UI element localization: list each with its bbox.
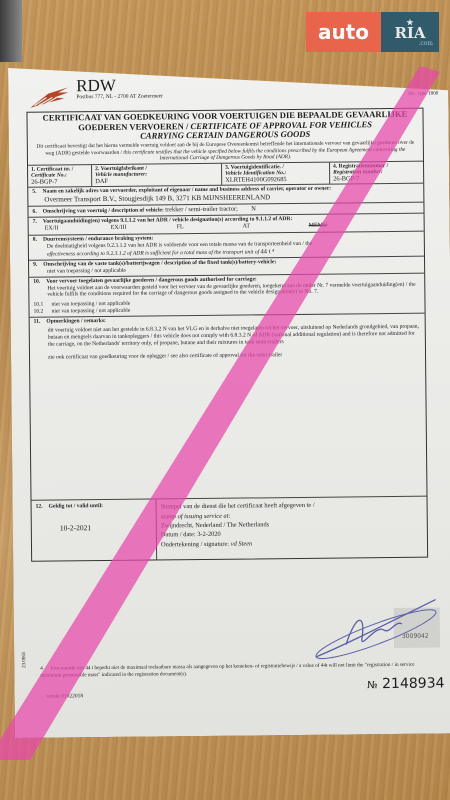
vin-value: XLRTEH4100G092685: [225, 176, 286, 184]
designation-item-struck: MEMU: [309, 222, 375, 230]
remarks-note: zie ook certificaat van goedkeuring voor…: [34, 351, 421, 362]
validity-and-stamp: 12.Geldig tot / valid until: 10-2-2021 S…: [32, 496, 428, 561]
goods-10-2-value: niet van toepassing / not applicable: [52, 308, 131, 315]
signature-icon: 3009042: [306, 593, 447, 664]
registration-value: 26-BGP-7: [333, 175, 359, 182]
side-code: 23.0065: [22, 652, 27, 668]
serial-number: № 2148934: [367, 675, 444, 692]
certificate-form: CERTIFICAAT VAN GOEDKEURING VOOR VOERTUI…: [26, 108, 428, 563]
form-version: versie 01022018: [47, 693, 84, 699]
manufacturer-value: DAF: [95, 178, 108, 185]
signatory: vd Steen: [231, 540, 253, 547]
braking-mass-value: 44 t ⁴: [261, 248, 275, 255]
title-line3-en: CARRYING CERTAIN DANGEROUS GOODS: [140, 129, 310, 141]
field-registration: 4. Registratienummer / Registration numb…: [330, 162, 423, 184]
watermark-ria-text: RIA: [394, 26, 425, 41]
watermark-domain: .com: [418, 41, 433, 47]
footnote: 4Een waarde van 44 t beperkt niet de max…: [40, 662, 420, 679]
field-remarks: 11.Opmerkingen / remarks: dit voertuig v…: [30, 313, 427, 500]
fields-1-4: 1. Certificaat nr. / Certificate No.: 26…: [28, 161, 423, 187]
svg-text:3009042: 3009042: [402, 633, 429, 640]
owner-value: Overmeer Transport B.V., Stougjesdijk 14…: [32, 193, 270, 203]
autoria-watermark: auto ★ RIA .com: [306, 12, 439, 52]
doc-type: doc. type T000: [408, 91, 438, 96]
field-certificate-no: 1. Certificaat nr. / Certificate No.: 26…: [28, 165, 92, 187]
designation-item: AT: [243, 223, 309, 231]
issuing-stamp: Stempel van de dienst die het certificaa…: [157, 497, 428, 560]
certificate-no-value: 26-BGP-7: [31, 179, 57, 186]
org-address: Postbus 777, NL - 2700 AT Zoetermeer: [76, 93, 163, 100]
intro-en: this certificate testifies that the vehi…: [123, 146, 405, 161]
remarks-text: dit voertuig voldoet niet aan het gestel…: [34, 324, 421, 349]
watermark-auto: auto: [306, 12, 381, 52]
rdw-logo-icon: [28, 83, 72, 109]
background-object: [0, 0, 22, 62]
designation-item: EX/II: [45, 225, 111, 233]
designation-item: EX/III: [111, 224, 177, 232]
org-name: RDW: [76, 76, 163, 94]
designation-item: FL: [177, 224, 243, 232]
watermark-ria: ★ RIA .com: [381, 12, 439, 52]
certificate-title: CERTIFICAAT VAN GOEDKEURING VOOR VOERTUI…: [27, 109, 422, 144]
document-header: RDW Postbus 777, NL - 2700 AT Zoetermeer: [28, 76, 163, 109]
footnote-text: Een waarde van 44 t beperkt niet de maxi…: [40, 662, 414, 679]
field-vin: 3. Voertuigidentificatie. / Vehicle Iden…: [222, 163, 330, 185]
field-valid-until: 12.Geldig tot / valid until: 10-2-2021: [32, 500, 158, 561]
field-manufacturer: 2. Voertuigfabrikant / Vehicle manufactu…: [92, 164, 222, 186]
issue-date: 3-2-2020: [197, 531, 221, 538]
serial-number-value: 2148934: [382, 675, 445, 692]
field-dangerous-goods: 10.Voor vervoer toegelaten gevaarlijke g…: [29, 272, 424, 317]
valid-until-value: 10-2-2021: [60, 523, 152, 533]
goods-10-1-value: niet van toepassing / not applicable: [51, 301, 130, 308]
certificate-document: RDW Postbus 777, NL - 2700 AT Zoetermeer…: [8, 63, 450, 738]
vehicle-description-value: trekker / semi-trailer tractor;: [165, 206, 238, 214]
